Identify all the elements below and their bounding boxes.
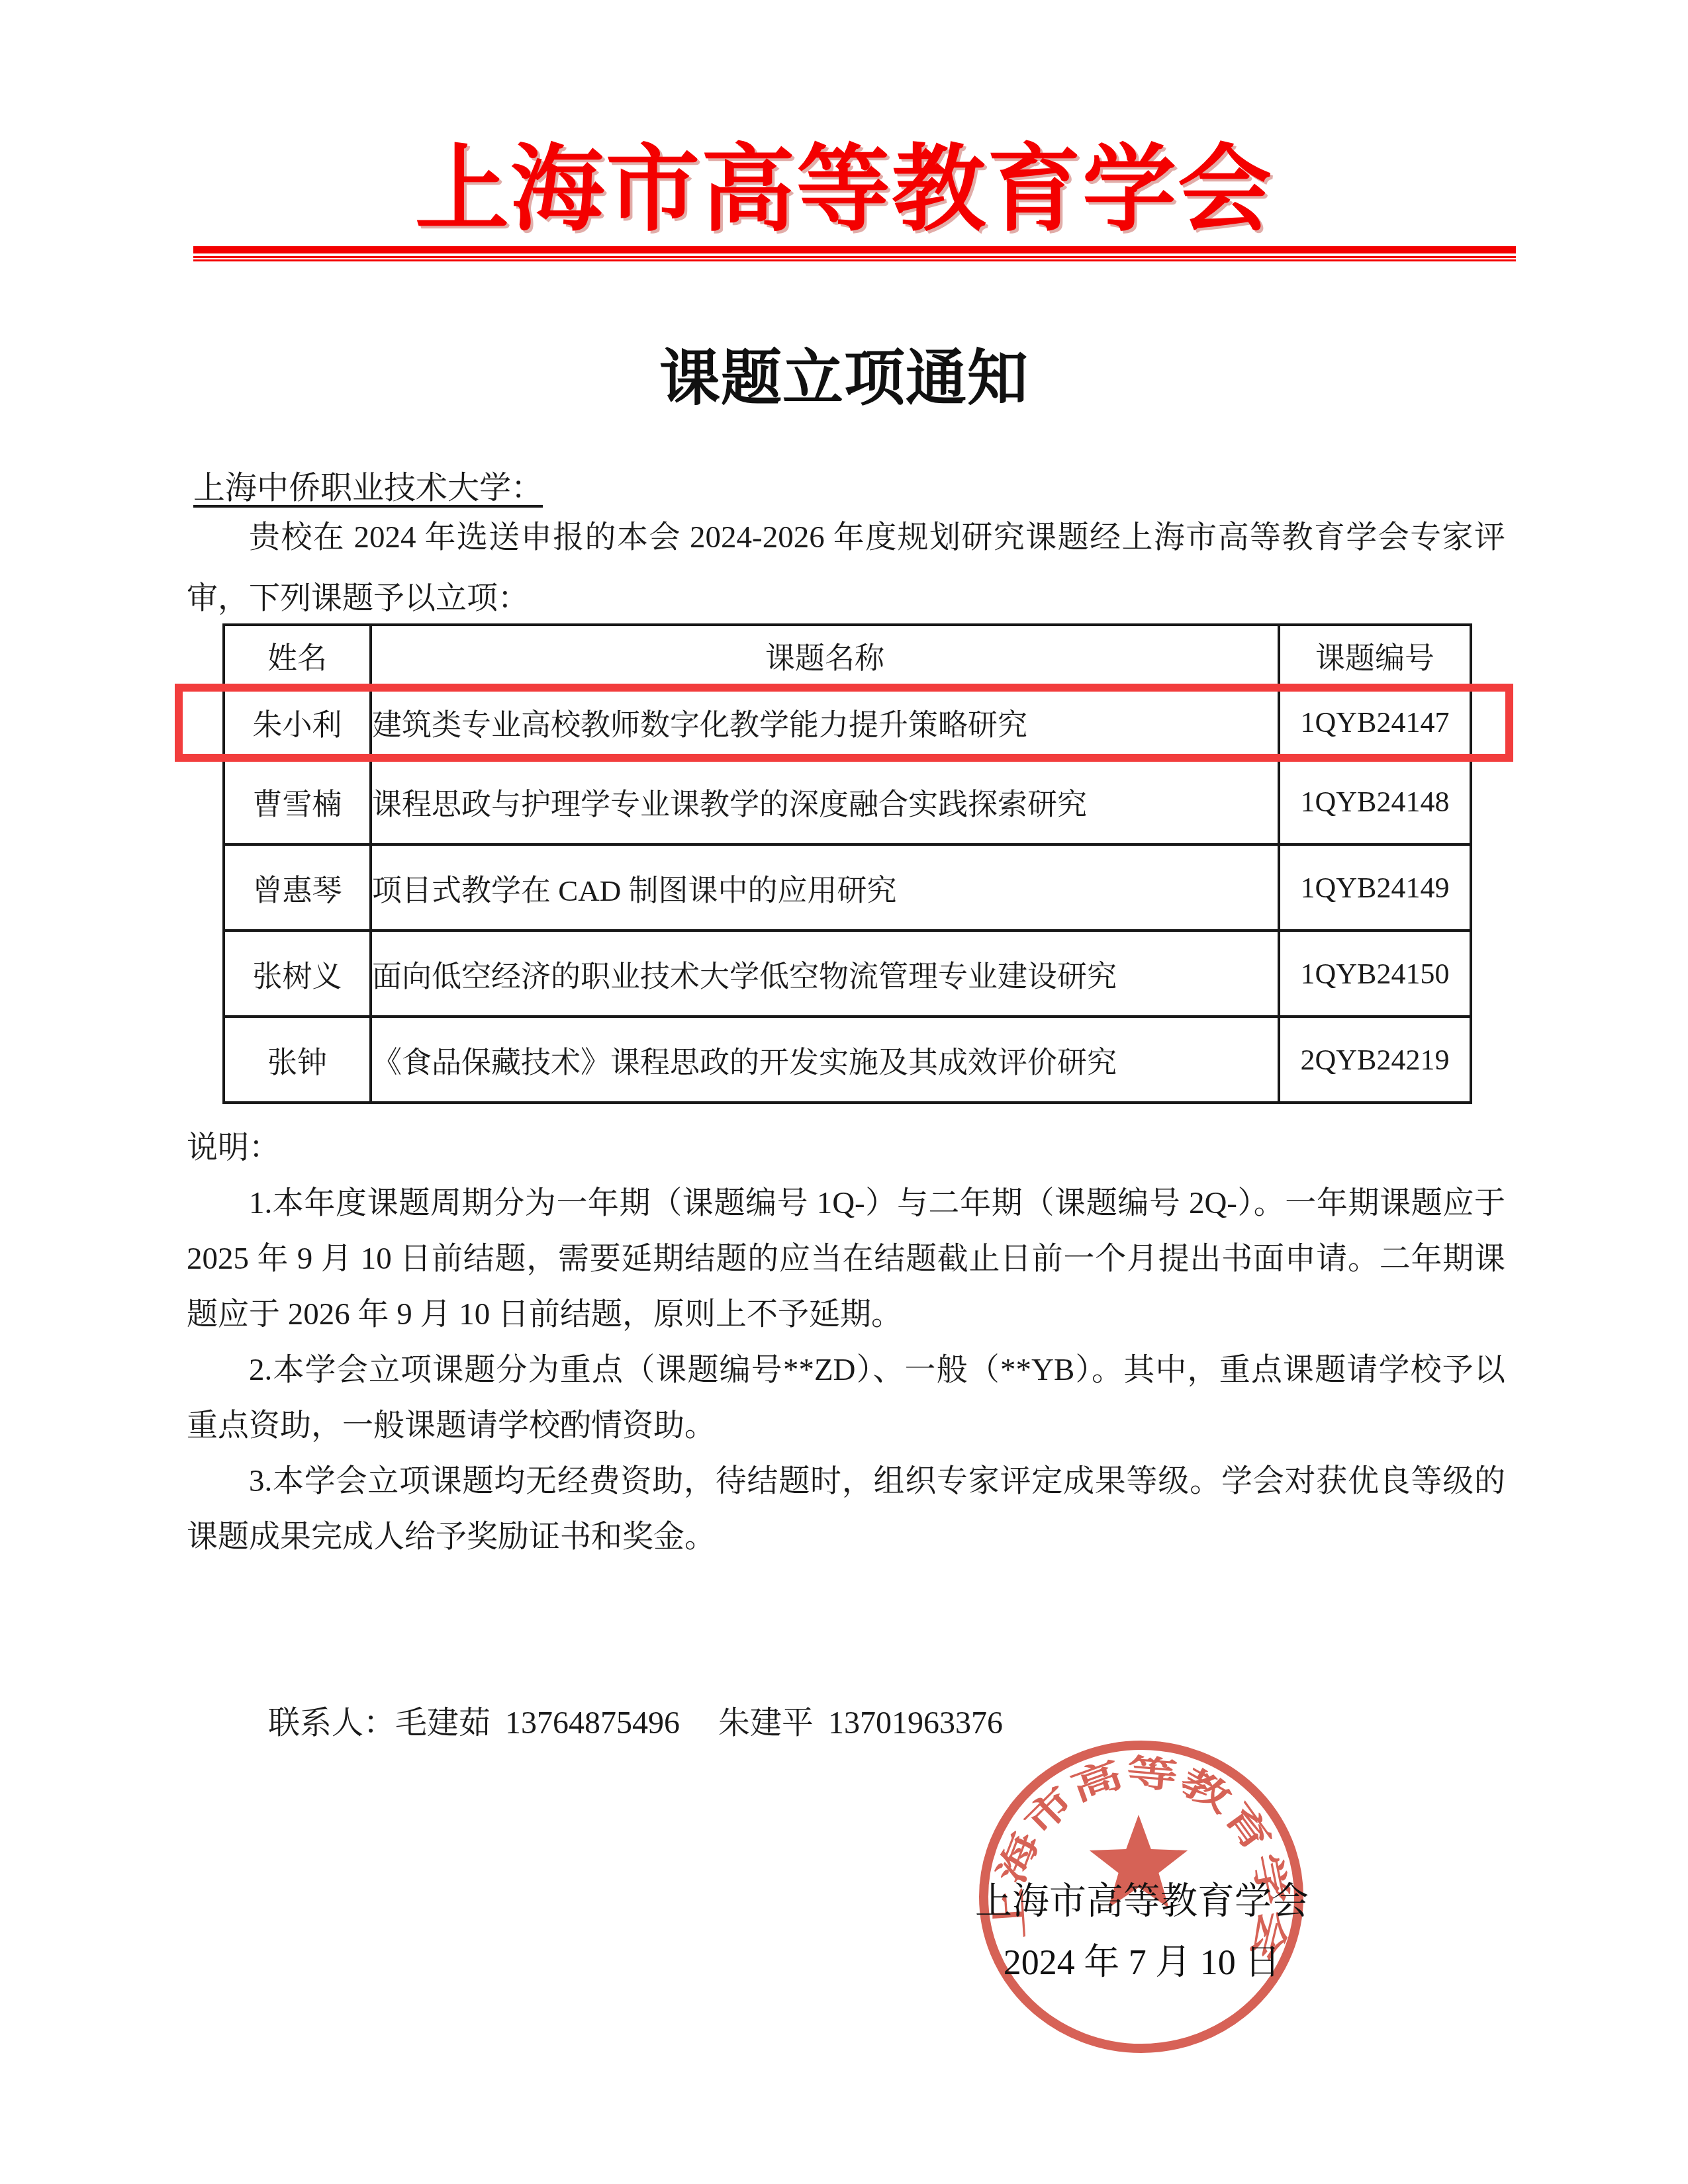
row-project-code: 1QYB24147	[1279, 686, 1471, 758]
contact-entry: 朱建平13701963376	[718, 1706, 1003, 1741]
contact-entries: 毛建茹13764875496朱建平13701963376	[395, 1706, 1041, 1741]
document-page: 上海市高等教育学会 课题立项通知 上海中侨职业技术大学： 贵校在 2024 年选…	[0, 0, 1688, 2184]
signature-org: 上海市高等教育学会	[910, 1872, 1374, 1925]
row-project-title: 《食品保藏技术》课程思政的开发实施及其成效评价研究	[371, 1017, 1279, 1103]
letterhead-rule-thin-1	[193, 256, 1516, 258]
row-project-code: 1QYB24150	[1279, 931, 1471, 1017]
notes-label: 说明：	[187, 1120, 1505, 1175]
contact-name: 朱建平	[718, 1706, 814, 1741]
row-project-title: 面向低空经济的职业技术大学低空物流管理专业建设研究	[371, 931, 1279, 1017]
letterhead-org-name: 上海市高等教育学会	[0, 114, 1688, 249]
note-item: 1.本年度课题周期分为一年期（课题编号 1Q-）与二年期（课题编号 2Q-）。一…	[187, 1175, 1505, 1342]
letterhead-rule-thin-2	[193, 259, 1516, 261]
letterhead-rule-thick	[193, 246, 1516, 253]
table-row: 曹雪楠课程思政与护理学专业课教学的深度融合实践探索研究1QYB24148	[224, 758, 1471, 844]
intro-paragraph: 贵校在 2024 年选送申报的本会 2024-2026 年度规划研究课题经上海市…	[187, 507, 1505, 629]
signature-date: 2024 年 7 月 10 日	[910, 1934, 1374, 1985]
row-project-code: 1QYB24149	[1279, 844, 1471, 931]
row-name: 朱小利	[224, 686, 371, 758]
row-project-code: 2QYB24219	[1279, 1017, 1471, 1103]
project-table-body: 朱小利建筑类专业高校教师数字化教学能力提升策略研究1QYB24147曹雪楠课程思…	[224, 686, 1471, 1103]
header-title: 课题名称	[371, 625, 1279, 686]
row-name: 张树义	[224, 931, 371, 1017]
project-table-head: 姓名 课题名称 课题编号	[224, 625, 1471, 686]
row-project-code: 1QYB24148	[1279, 758, 1471, 844]
addressee-line: 上海中侨职业技术大学：	[193, 462, 543, 508]
contact-entry: 毛建茹13764875496	[395, 1706, 680, 1741]
contact-name: 毛建茹	[395, 1706, 491, 1741]
note-item: 3.本学会立项课题均无经费资助，待结题时，组织专家评定成果等级。学会对获优良等级…	[187, 1453, 1505, 1565]
row-name: 曾惠琴	[224, 844, 371, 931]
table-row: 张树义面向低空经济的职业技术大学低空物流管理专业建设研究1QYB24150	[224, 931, 1471, 1017]
contact-phone: 13764875496	[505, 1706, 680, 1741]
table-row: 曾惠琴项目式教学在 CAD 制图课中的应用研究1QYB24149	[224, 844, 1471, 931]
table-header-row: 姓名 课题名称 课题编号	[224, 625, 1471, 686]
note-item: 2.本学会立项课题分为重点（课题编号**ZD）、一般（**YB）。其中，重点课题…	[187, 1342, 1505, 1453]
header-name: 姓名	[224, 625, 371, 686]
row-project-title: 项目式教学在 CAD 制图课中的应用研究	[371, 844, 1279, 931]
row-name: 曹雪楠	[224, 758, 371, 844]
row-name: 张钟	[224, 1017, 371, 1103]
row-project-title: 建筑类专业高校教师数字化教学能力提升策略研究	[371, 686, 1279, 758]
contact-line: 联系人：毛建茹13764875496朱建平13701963376	[268, 1697, 1041, 1743]
table-row: 张钟《食品保藏技术》课程思政的开发实施及其成效评价研究2QYB24219	[224, 1017, 1471, 1103]
project-table: 姓名 课题名称 课题编号 朱小利建筑类专业高校教师数字化教学能力提升策略研究1Q…	[222, 623, 1472, 1104]
row-project-title: 课程思政与护理学专业课教学的深度融合实践探索研究	[371, 758, 1279, 844]
notes-items: 1.本年度课题周期分为一年期（课题编号 1Q-）与二年期（课题编号 2Q-）。一…	[187, 1175, 1505, 1565]
table-row: 朱小利建筑类专业高校教师数字化教学能力提升策略研究1QYB24147	[224, 686, 1471, 758]
document-title: 课题立项通知	[0, 330, 1688, 417]
contact-label: 联系人：	[268, 1706, 395, 1741]
header-code: 课题编号	[1279, 625, 1471, 686]
letterhead-rule	[193, 246, 1516, 261]
notes-section: 说明： 1.本年度课题周期分为一年期（课题编号 1Q-）与二年期（课题编号 2Q…	[187, 1120, 1505, 1565]
